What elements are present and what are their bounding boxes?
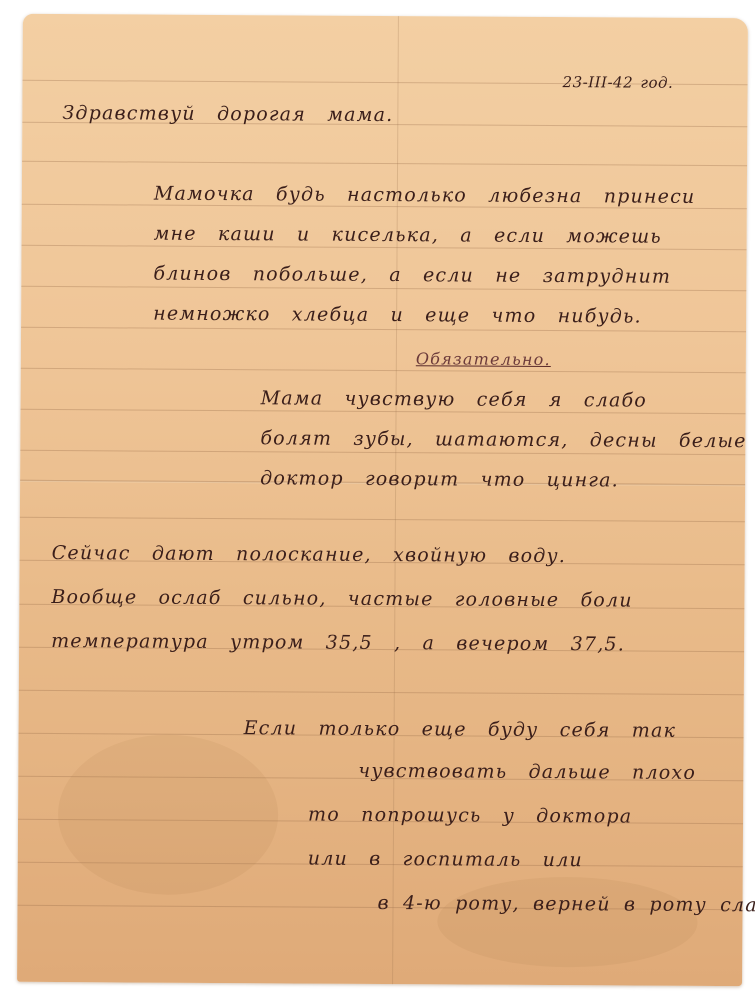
text-line: Вообще ослаб сильно, частые головные бол… (51, 586, 632, 612)
ruled-line (19, 690, 744, 695)
text-line: блинов побольше, а если не затруднит (153, 263, 671, 288)
paper-stain (58, 734, 279, 895)
vertical-fold (392, 16, 399, 984)
salutation: Здравствуй дорогая мама. (62, 102, 393, 126)
letter-date: 23-III-42 год. (563, 73, 674, 92)
text-line: или в госпиталь или (308, 848, 583, 872)
text-line: немножко хлебца и еще что нибудь. (153, 303, 642, 328)
text-line: Если только еще буду себя так (244, 717, 677, 742)
text-line: температура утром 35,5 , а вечером 37,5. (51, 630, 625, 656)
paper-stain (437, 876, 698, 968)
text-line: болят зубы, шатаются, десны белые (260, 427, 746, 452)
ruled-line (20, 517, 745, 522)
text-line: мне каши и киселька, а если можешь (154, 223, 662, 248)
ruled-line (22, 161, 747, 166)
text-line: Мама чувствую себя я слабо (261, 387, 647, 411)
text-line: то попрошусь у доктора (308, 804, 632, 828)
ruled-line (21, 327, 746, 332)
emphasis-word: Обязательно. (416, 349, 551, 369)
letter-paper: 23-III-42 год. Здравствуй дорогая мама. … (17, 14, 748, 986)
text-line: Мамочка будь настолько любезна принеси (154, 183, 696, 208)
text-line: в 4-ю роту, верней в роту слаб. (377, 892, 755, 916)
text-line: чувствовать дальше плохо (358, 760, 696, 784)
text-line: Сейчас дают полоскание, хвойную воду. (52, 542, 566, 567)
text-line: доктор говорит что цинга. (260, 467, 619, 491)
ruled-line (21, 368, 746, 373)
